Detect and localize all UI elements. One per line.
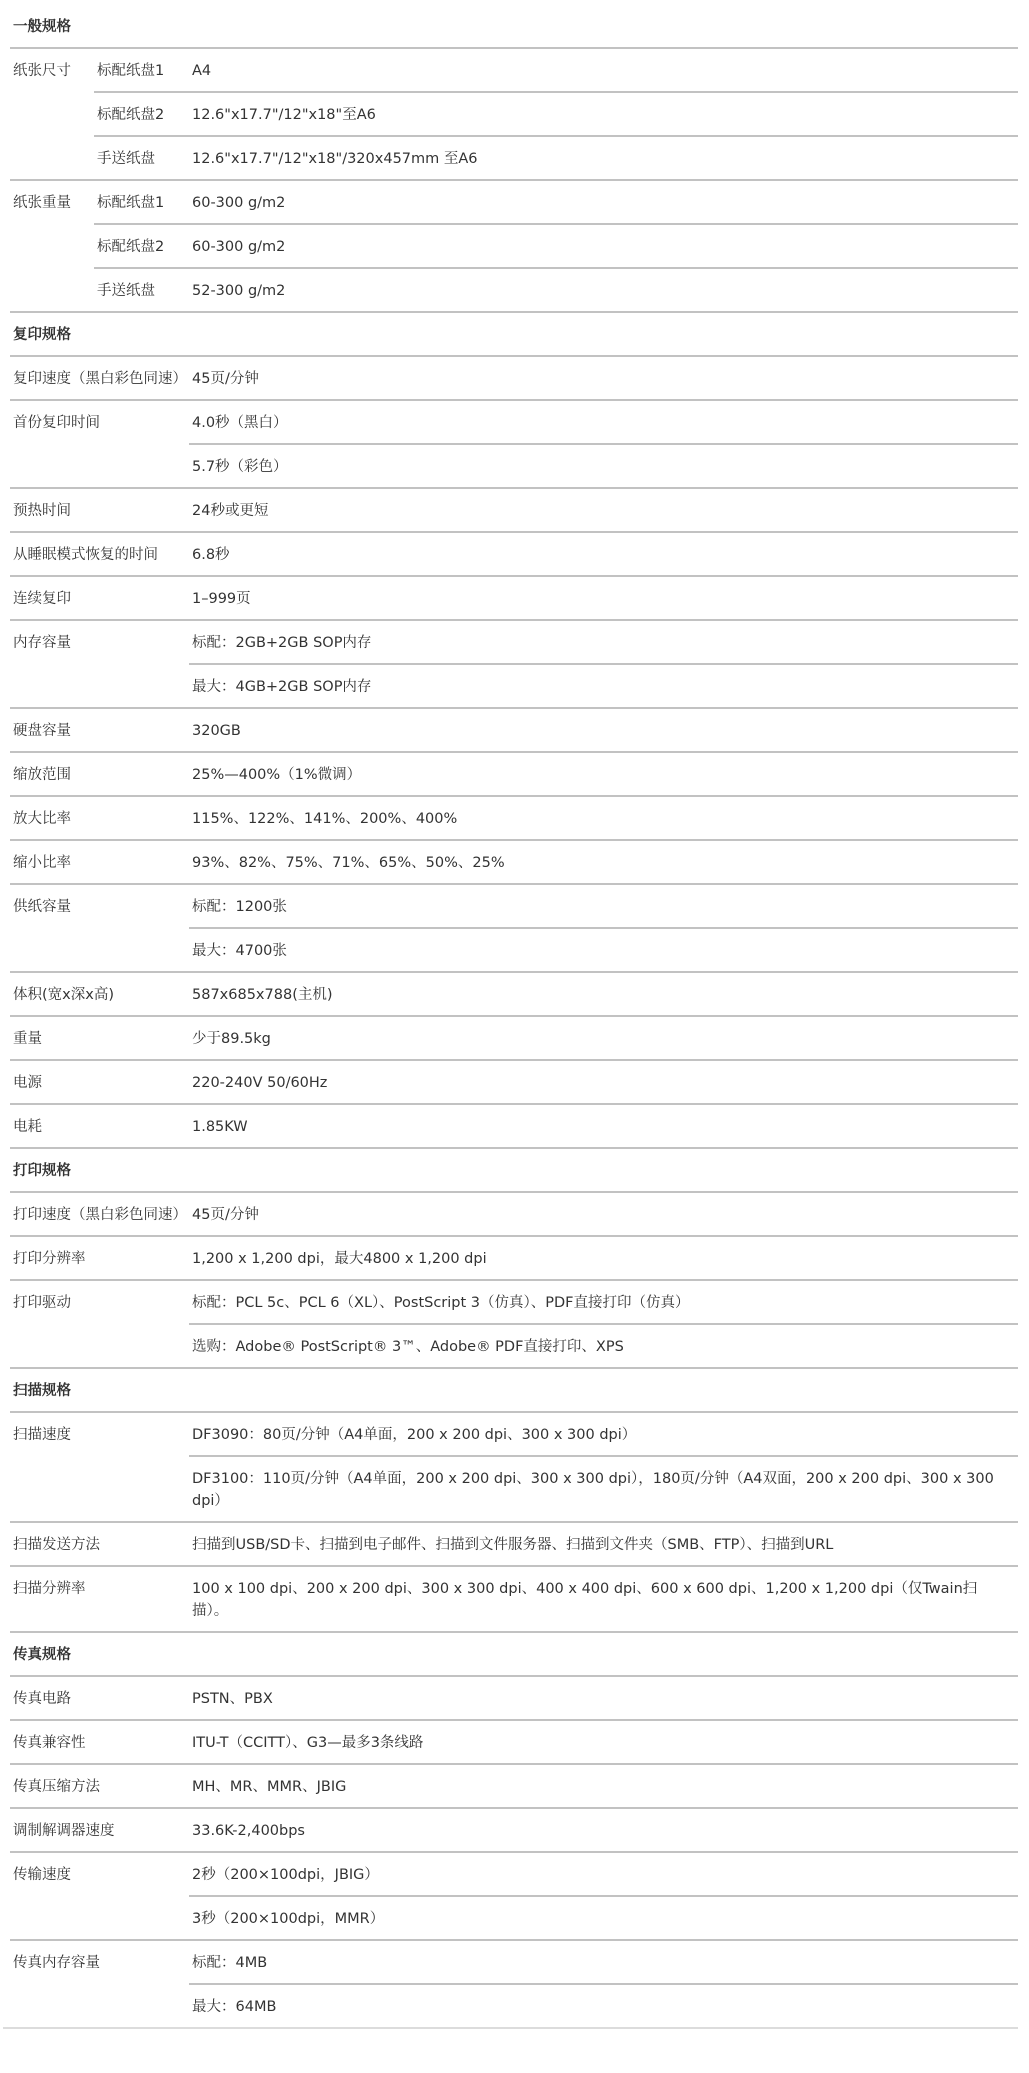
spec-sublabel: 手送纸盘: [94, 269, 189, 311]
spec-row: 扫描到USB/SD卡、扫描到电子邮件、扫描到文件服务器、扫描到文件夹（SMB、F…: [189, 1523, 1018, 1565]
spec-group: 传真内存容量标配：4MB最大：64MB: [3, 1941, 1018, 2029]
spec-row: 1–999页: [189, 577, 1018, 619]
spec-value: 最大：4700张: [189, 929, 1018, 971]
spec-label: 传输速度: [10, 1853, 189, 1939]
spec-label: 放大比率: [10, 797, 189, 839]
spec-value: 60-300 g/m2: [189, 181, 1018, 223]
spec-label: 缩小比率: [10, 841, 189, 883]
spec-value: 24秒或更短: [189, 489, 1018, 531]
spec-row: 25%—400%（1%微调）: [189, 753, 1018, 795]
spec-label: 电耗: [10, 1105, 189, 1147]
spec-group: 缩小比率93%、82%、75%、71%、65%、50%、25%: [10, 841, 1018, 885]
spec-sublabel: 标配纸盘2: [94, 93, 189, 135]
spec-row: 最大：4700张: [189, 929, 1018, 971]
spec-label: 传真兼容性: [10, 1721, 189, 1763]
spec-label: 复印速度（黑白彩色同速）: [10, 357, 189, 399]
spec-group: 电源220-240V 50/60Hz: [10, 1061, 1018, 1105]
spec-group: 放大比率115%、122%、141%、200%、400%: [10, 797, 1018, 841]
spec-value: 4.0秒（黑白）: [189, 401, 1018, 443]
spec-group: 打印分辨率1,200 x 1,200 dpi，最大4800 x 1,200 dp…: [10, 1237, 1018, 1281]
spec-row: 24秒或更短: [189, 489, 1018, 531]
spec-group: 重量少于89.5kg: [10, 1017, 1018, 1061]
section-heading-general: 一般规格: [10, 5, 1018, 49]
spec-row: 标配纸盘1 A4: [94, 49, 1018, 93]
spec-row: 6.8秒: [189, 533, 1018, 575]
spec-row: 标配：2GB+2GB SOP内存: [189, 621, 1018, 665]
spec-row: 选购：Adobe® PostScript® 3™、Adobe® PDF直接打印、…: [189, 1325, 1018, 1367]
spec-row: 100 x 100 dpi、200 x 200 dpi、300 x 300 dp…: [189, 1567, 1018, 1631]
spec-label: 纸张重量: [10, 181, 94, 311]
spec-row: ITU-T（CCITT）、G3—最多3条线路: [189, 1721, 1018, 1763]
spec-value: 33.6K-2,400bps: [189, 1809, 1018, 1851]
spec-label: 纸张尺寸: [10, 49, 94, 179]
section-heading-copy: 复印规格: [10, 313, 1018, 357]
spec-value: 93%、82%、75%、71%、65%、50%、25%: [189, 841, 1018, 883]
spec-value: 5.7秒（彩色）: [189, 445, 1018, 487]
spec-row: 93%、82%、75%、71%、65%、50%、25%: [189, 841, 1018, 883]
spec-value: 12.6"x17.7"/12"x18"至A6: [189, 93, 1018, 135]
spec-row: 手送纸盘 52-300 g/m2: [94, 269, 1018, 311]
spec-row: 115%、122%、141%、200%、400%: [189, 797, 1018, 839]
spec-group: 传真电路PSTN、PBX: [10, 1677, 1018, 1721]
spec-label: 打印分辨率: [10, 1237, 189, 1279]
spec-group: 打印驱动标配：PCL 5c、PCL 6（XL）、PostScript 3（仿真）…: [10, 1281, 1018, 1369]
section-heading-scan: 扫描规格: [10, 1369, 1018, 1413]
spec-row: 最大：4GB+2GB SOP内存: [189, 665, 1018, 707]
spec-row: PSTN、PBX: [189, 1677, 1018, 1719]
spec-value: 12.6"x17.7"/12"x18"/320x457mm 至A6: [189, 137, 1018, 179]
section-heading-print: 打印规格: [10, 1149, 1018, 1193]
spec-label: 供纸容量: [10, 885, 189, 971]
spec-row: 标配：PCL 5c、PCL 6（XL）、PostScript 3（仿真）、PDF…: [189, 1281, 1018, 1325]
spec-label: 硬盘容量: [10, 709, 189, 751]
spec-row: 1,200 x 1,200 dpi，最大4800 x 1,200 dpi: [189, 1237, 1018, 1279]
spec-label: 从睡眠模式恢复的时间: [10, 533, 189, 575]
spec-label: 电源: [10, 1061, 189, 1103]
spec-sections: 复印规格复印速度（黑白彩色同速）45页/分钟首份复印时间4.0秒（黑白）5.7秒…: [10, 313, 1018, 2029]
spec-value: 220-240V 50/60Hz: [189, 1061, 1018, 1103]
spec-group: 首份复印时间4.0秒（黑白）5.7秒（彩色）: [10, 401, 1018, 489]
spec-group: 扫描发送方法扫描到USB/SD卡、扫描到电子邮件、扫描到文件服务器、扫描到文件夹…: [10, 1523, 1018, 1567]
spec-label: 扫描速度: [10, 1413, 189, 1521]
spec-row: 320GB: [189, 709, 1018, 751]
spec-value: 最大：4GB+2GB SOP内存: [189, 665, 1018, 707]
spec-row: 587x685x788(主机): [189, 973, 1018, 1015]
spec-value: 60-300 g/m2: [189, 225, 1018, 267]
spec-group-paper-size: 纸张尺寸 标配纸盘1 A4 标配纸盘2 12.6"x17.7"/12"x18"至…: [10, 49, 1018, 181]
spec-label: 传真压缩方法: [10, 1765, 189, 1807]
spec-group: 扫描分辨率100 x 100 dpi、200 x 200 dpi、300 x 3…: [10, 1567, 1018, 1633]
spec-group: 预热时间24秒或更短: [10, 489, 1018, 533]
spec-group: 硬盘容量320GB: [10, 709, 1018, 753]
spec-value: 标配：4MB: [189, 1941, 1018, 1983]
spec-value: 52-300 g/m2: [189, 269, 1018, 311]
spec-row: 45页/分钟: [189, 357, 1018, 399]
spec-value: 100 x 100 dpi、200 x 200 dpi、300 x 300 dp…: [189, 1567, 1018, 1631]
spec-group: 传输速度2秒（200×100dpi，JBIG）3秒（200×100dpi，MMR…: [10, 1853, 1018, 1941]
spec-row: 1.85KW: [189, 1105, 1018, 1147]
spec-row: 220-240V 50/60Hz: [189, 1061, 1018, 1103]
spec-row: 3秒（200×100dpi，MMR）: [189, 1897, 1018, 1939]
spec-label: 扫描分辨率: [10, 1567, 189, 1631]
spec-value: MH、MR、MMR、JBIG: [189, 1765, 1018, 1807]
spec-group: 内存容量标配：2GB+2GB SOP内存最大：4GB+2GB SOP内存: [10, 621, 1018, 709]
spec-value: 3秒（200×100dpi，MMR）: [189, 1897, 1018, 1939]
spec-label: 预热时间: [10, 489, 189, 531]
spec-value: 45页/分钟: [189, 357, 1018, 399]
spec-label: 扫描发送方法: [10, 1523, 189, 1565]
spec-row: 手送纸盘 12.6"x17.7"/12"x18"/320x457mm 至A6: [94, 137, 1018, 179]
spec-group: 复印速度（黑白彩色同速）45页/分钟: [10, 357, 1018, 401]
spec-group: 传真压缩方法MH、MR、MMR、JBIG: [10, 1765, 1018, 1809]
spec-value: 少于89.5kg: [189, 1017, 1018, 1059]
spec-group: 打印速度（黑白彩色同速）45页/分钟: [10, 1193, 1018, 1237]
spec-sublabel: 标配纸盘1: [94, 49, 189, 91]
spec-label: 重量: [10, 1017, 189, 1059]
spec-row: MH、MR、MMR、JBIG: [189, 1765, 1018, 1807]
spec-value: 115%、122%、141%、200%、400%: [189, 797, 1018, 839]
spec-row: 33.6K-2,400bps: [189, 1809, 1018, 1851]
spec-value: DF3090：80页/分钟（A4单面，200 x 200 dpi、300 x 3…: [189, 1413, 1018, 1455]
spec-group: 供纸容量标配：1200张最大：4700张: [10, 885, 1018, 973]
spec-value: 标配：2GB+2GB SOP内存: [189, 621, 1018, 663]
spec-value: 最大：64MB: [189, 1985, 1018, 2027]
section-heading-fax: 传真规格: [10, 1633, 1018, 1677]
spec-value: 1.85KW: [189, 1105, 1018, 1147]
spec-value: 587x685x788(主机): [189, 973, 1018, 1015]
spec-label: 首份复印时间: [10, 401, 189, 487]
spec-value: 2秒（200×100dpi，JBIG）: [189, 1853, 1018, 1895]
spec-value: 25%—400%（1%微调）: [189, 753, 1018, 795]
spec-row: 标配纸盘2 12.6"x17.7"/12"x18"至A6: [94, 93, 1018, 137]
spec-sublabel: 标配纸盘2: [94, 225, 189, 267]
spec-label: 连续复印: [10, 577, 189, 619]
spec-table: 一般规格 纸张尺寸 标配纸盘1 A4 标配纸盘2 12.6"x17.7"/12"…: [10, 5, 1018, 2029]
spec-label: 内存容量: [10, 621, 189, 707]
spec-row: 标配：1200张: [189, 885, 1018, 929]
spec-row: 标配：4MB: [189, 1941, 1018, 1985]
spec-value: DF3100：110页/分钟（A4单面，200 x 200 dpi、300 x …: [189, 1457, 1018, 1521]
spec-label: 缩放范围: [10, 753, 189, 795]
spec-label: 传真内存容量: [10, 1941, 189, 2027]
spec-group: 传真兼容性ITU-T（CCITT）、G3—最多3条线路: [10, 1721, 1018, 1765]
spec-row: 少于89.5kg: [189, 1017, 1018, 1059]
spec-row: 标配纸盘1 60-300 g/m2: [94, 181, 1018, 225]
spec-value: A4: [189, 49, 1018, 91]
spec-label: 传真电路: [10, 1677, 189, 1719]
spec-group: 电耗1.85KW: [10, 1105, 1018, 1149]
spec-row: DF3100：110页/分钟（A4单面，200 x 200 dpi、300 x …: [189, 1457, 1018, 1521]
spec-label: 调制解调器速度: [10, 1809, 189, 1851]
spec-value: ITU-T（CCITT）、G3—最多3条线路: [189, 1721, 1018, 1763]
spec-value: 标配：PCL 5c、PCL 6（XL）、PostScript 3（仿真）、PDF…: [189, 1281, 1018, 1323]
spec-row: 标配纸盘2 60-300 g/m2: [94, 225, 1018, 269]
spec-group: 扫描速度DF3090：80页/分钟（A4单面，200 x 200 dpi、300…: [10, 1413, 1018, 1523]
spec-value: 扫描到USB/SD卡、扫描到电子邮件、扫描到文件服务器、扫描到文件夹（SMB、F…: [189, 1523, 1018, 1565]
spec-group: 连续复印1–999页: [10, 577, 1018, 621]
spec-value: 标配：1200张: [189, 885, 1018, 927]
spec-value: 1–999页: [189, 577, 1018, 619]
spec-sublabel: 手送纸盘: [94, 137, 189, 179]
spec-value: 45页/分钟: [189, 1193, 1018, 1235]
spec-value: 选购：Adobe® PostScript® 3™、Adobe® PDF直接打印、…: [189, 1325, 1018, 1367]
spec-group: 体积(宽x深x高)587x685x788(主机): [10, 973, 1018, 1017]
spec-row: 最大：64MB: [189, 1985, 1018, 2027]
spec-group: 从睡眠模式恢复的时间6.8秒: [10, 533, 1018, 577]
spec-label: 打印驱动: [10, 1281, 189, 1367]
spec-label: 体积(宽x深x高): [10, 973, 189, 1015]
spec-row: 4.0秒（黑白）: [189, 401, 1018, 445]
spec-label: 打印速度（黑白彩色同速）: [10, 1193, 189, 1235]
spec-group: 调制解调器速度33.6K-2,400bps: [10, 1809, 1018, 1853]
spec-value: 1,200 x 1,200 dpi，最大4800 x 1,200 dpi: [189, 1237, 1018, 1279]
spec-row: 2秒（200×100dpi，JBIG）: [189, 1853, 1018, 1897]
spec-sublabel: 标配纸盘1: [94, 181, 189, 223]
spec-value: PSTN、PBX: [189, 1677, 1018, 1719]
spec-value: 320GB: [189, 709, 1018, 751]
spec-row: 45页/分钟: [189, 1193, 1018, 1235]
spec-row: DF3090：80页/分钟（A4单面，200 x 200 dpi、300 x 3…: [189, 1413, 1018, 1457]
spec-value: 6.8秒: [189, 533, 1018, 575]
spec-group: 缩放范围25%—400%（1%微调）: [10, 753, 1018, 797]
spec-row: 5.7秒（彩色）: [189, 445, 1018, 487]
spec-group-paper-weight: 纸张重量 标配纸盘1 60-300 g/m2 标配纸盘2 60-300 g/m2…: [10, 181, 1018, 313]
